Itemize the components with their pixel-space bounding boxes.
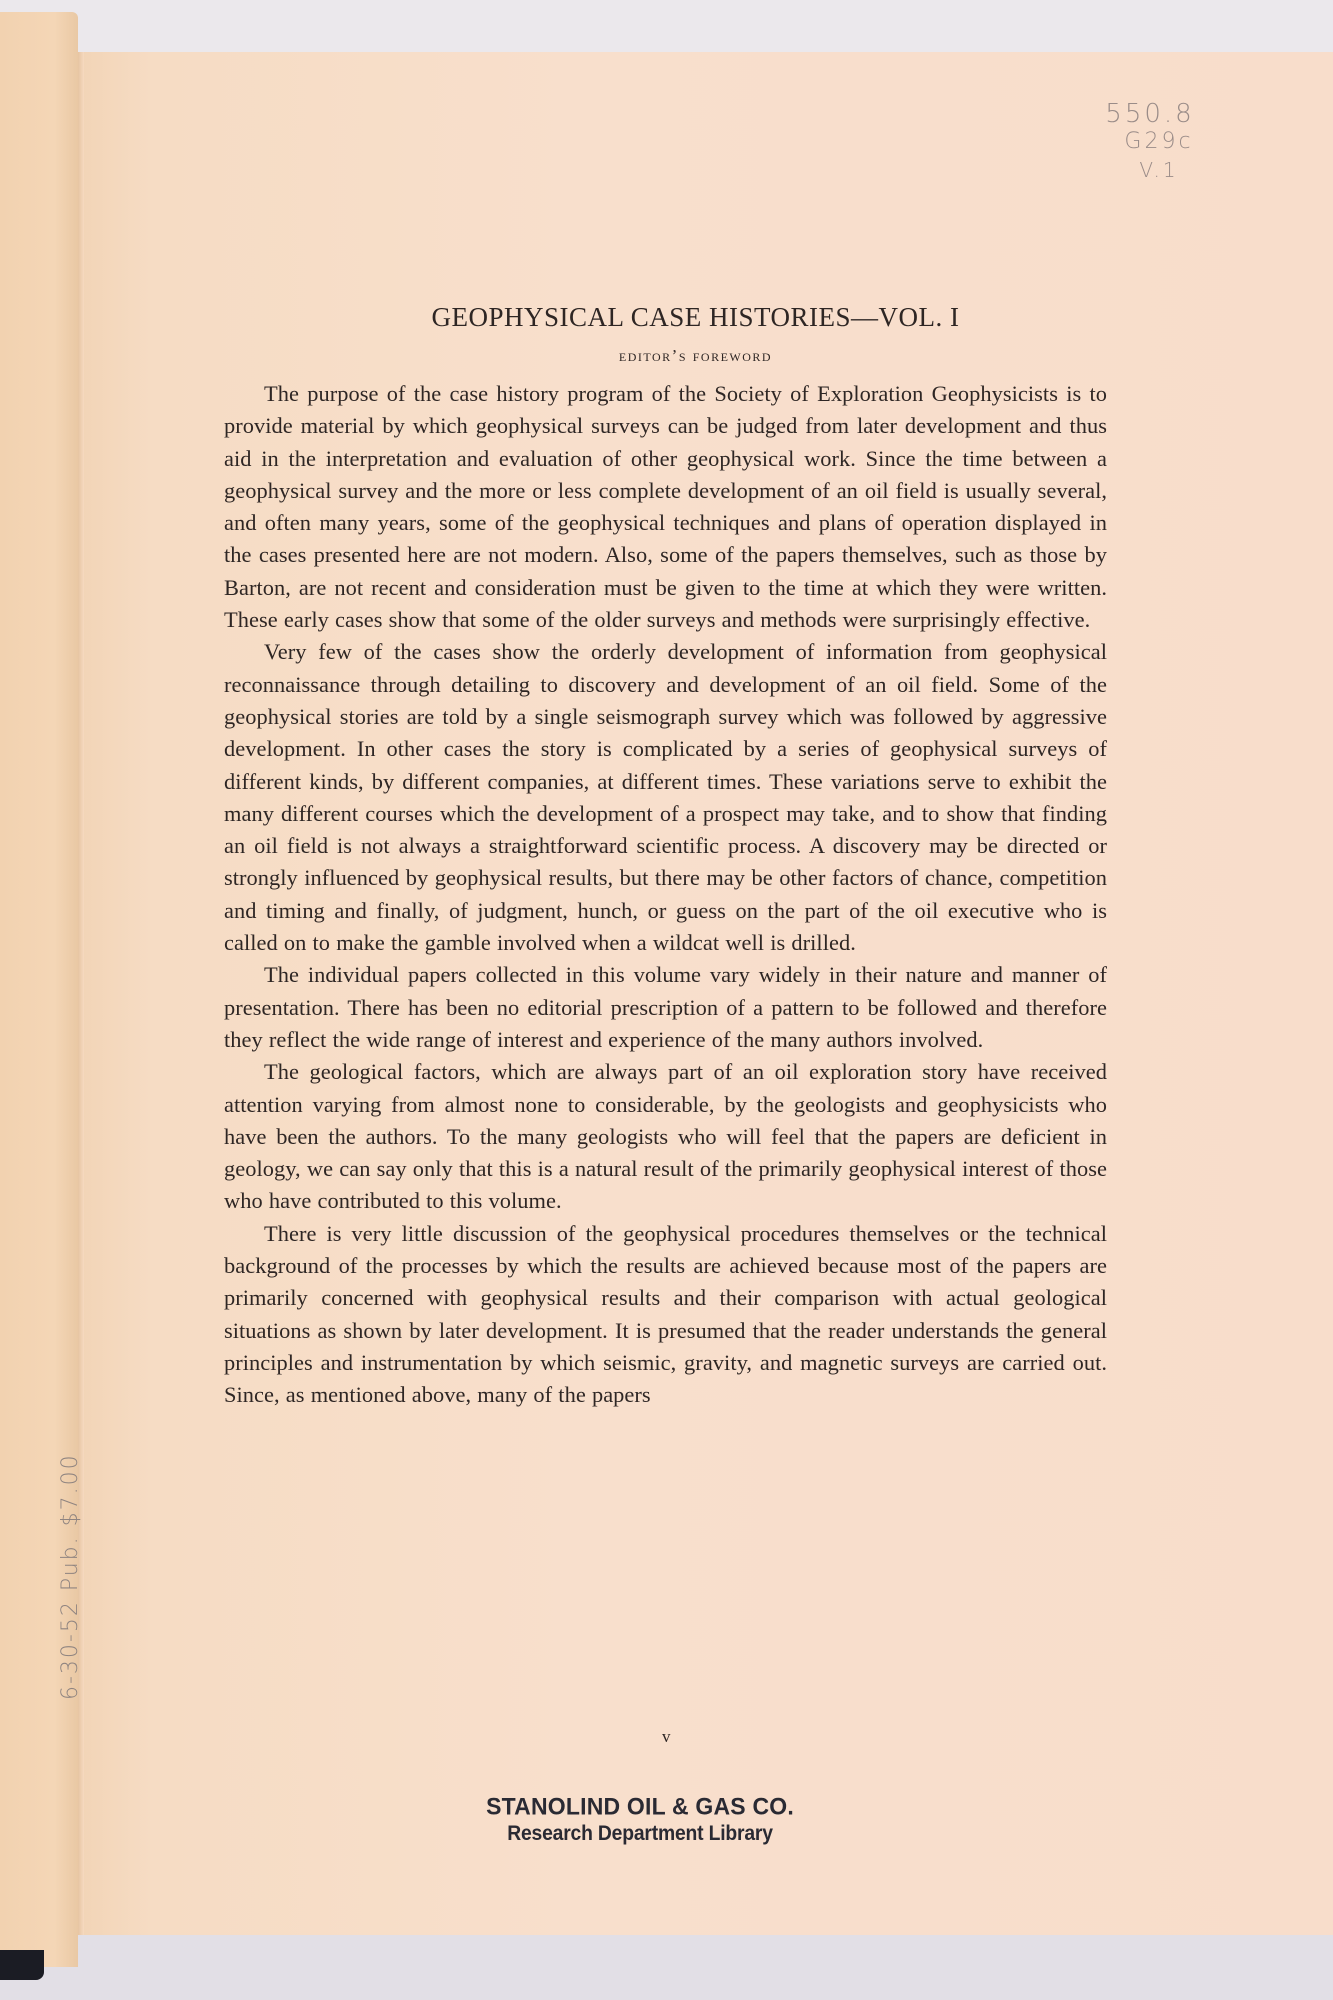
page-content: GEOPHYSICAL CASE HISTORIES—VOL. I EDITOR… bbox=[224, 296, 1107, 1412]
call-number-line: V.1 bbox=[1093, 156, 1225, 184]
section-title-text: EDITOR’S FOREWORD bbox=[619, 346, 772, 365]
paragraph: The individual papers collected in this … bbox=[224, 959, 1107, 1056]
page-number: v bbox=[662, 1727, 671, 1747]
book-title: GEOPHYSICAL CASE HISTORIES—VOL. I bbox=[284, 296, 1107, 338]
call-number-line: G29c bbox=[1093, 128, 1225, 156]
paragraph: The geological factors, which are always… bbox=[224, 1056, 1107, 1217]
book-cover-corner bbox=[0, 1950, 44, 1980]
stamp-company: STANOLIND OIL & GAS CO. bbox=[440, 1792, 840, 1820]
stamp-department: Research Department Library bbox=[456, 1822, 824, 1846]
pencil-margin-note: 6-30-52 Pub. $7.00 bbox=[58, 1453, 83, 1700]
photo-background-bottom bbox=[0, 1935, 1333, 2000]
section-title: EDITOR’S FOREWORD bbox=[284, 338, 1107, 378]
paragraph: Very few of the cases show the orderly d… bbox=[224, 636, 1107, 959]
pencil-call-number: 550.8 G29c V.1 bbox=[1075, 100, 1225, 184]
paragraph: The purpose of the case history program … bbox=[224, 378, 1107, 636]
library-stamp: STANOLIND OIL & GAS CO. Research Departm… bbox=[440, 1793, 840, 1846]
photo-background-top bbox=[0, 0, 1333, 52]
call-number-line: 550.8 bbox=[1075, 100, 1225, 128]
paragraph: There is very little discussion of the g… bbox=[224, 1218, 1107, 1412]
